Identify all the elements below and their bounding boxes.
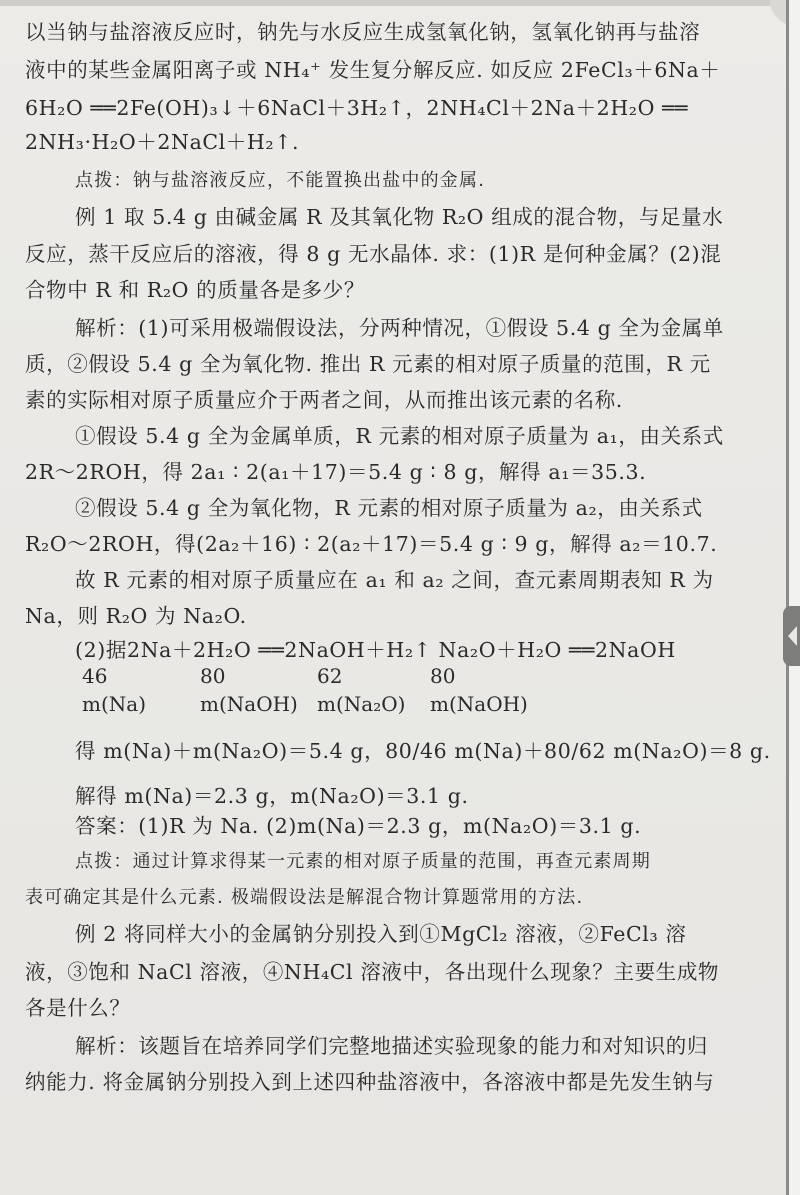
species-label: m(Na): [82, 690, 146, 718]
page-turn-tab[interactable]: [783, 606, 800, 666]
top-border: [0, 0, 786, 6]
page-margin: [789, 0, 800, 1195]
tip-line: 表可确定其是什么元素. 极端假设法是解混合物计算题常用的方法.: [25, 884, 775, 912]
text-line: 各是什么？: [25, 994, 775, 1022]
tip-line: 点拨：钠与盐溶液反应，不能置换出盐中的金属.: [75, 167, 800, 195]
tip-line: 点拨：通过计算求得某一元素的相对原子质量的范围，再查元素周期: [75, 848, 800, 876]
molar-mass: 80: [430, 662, 455, 690]
analysis-line: 解析：该题旨在培养同学们完整地描述实验现象的能力和对知识的归: [75, 1032, 800, 1060]
text-line: 液，③饱和 NaCl 溶液，④NH₄Cl 溶液中，各出现什么现象？主要生成物: [25, 958, 775, 986]
text-line: 得 m(Na)＋m(Na₂O)＝5.4 g，80/46 m(Na)＋80/62 …: [75, 737, 800, 765]
text-line: R₂O～2ROH，得(2a₂＋16) ∶ 2(a₂＋17)＝5.4 g ∶ 9 …: [25, 530, 775, 558]
text-line: 2NH₃·H₂O＋2NaCl＋H₂↑.: [25, 128, 775, 156]
molar-mass: 62: [317, 662, 342, 690]
equation-line: (2)据2Na＋2H₂O ══2NaOH＋H₂↑ Na₂O＋H₂O ══2NaO…: [75, 636, 800, 664]
answer-line: 答案：(1)R 为 Na. (2)m(Na)＝2.3 g，m(Na₂O)＝3.1…: [75, 812, 800, 840]
text-line: 解得 m(Na)＝2.3 g，m(Na₂O)＝3.1 g.: [75, 782, 800, 810]
text-line: 合物中 R 和 R₂O 的质量各是多少？: [25, 276, 775, 304]
species-label: m(NaOH): [430, 690, 528, 718]
text-line: 以当钠与盐溶液反应时，钠先与水反应生成氢氧化钠，氢氧化钠再与盐溶: [25, 18, 775, 46]
text-line: 6H₂O ══2Fe(OH)₃↓＋6NaCl＋3H₂↑，2NH₄Cl＋2Na＋2…: [25, 94, 775, 122]
text-line: 反应，蒸干反应后的溶液，得 8 g 无水晶体. 求：(1)R 是何种金属？(2)…: [25, 240, 775, 268]
text-line: Na，则 R₂O 为 Na₂O.: [25, 602, 775, 630]
species-label: m(NaOH): [200, 690, 298, 718]
text-line: ①假设 5.4 g 全为金属单质，R 元素的相对原子质量为 a₁，由关系式: [75, 422, 800, 450]
document-page: 以当钠与盐溶液反应时，钠先与水反应生成氢氧化钠，氢氧化钠再与盐溶 液中的某些金属…: [0, 0, 786, 1195]
analysis-line: 解析：(1)可采用极端假设法，分两种情况，①假设 5.4 g 全为金属单: [75, 314, 800, 342]
text-line: 液中的某些金属阳离子或 NH₄⁺ 发生复分解反应. 如反应 2FeCl₃＋6Na…: [25, 56, 775, 84]
molar-mass: 46: [82, 662, 107, 690]
text-line: ②假设 5.4 g 全为氧化物，R 元素的相对原子质量为 a₂，由关系式: [75, 494, 800, 522]
species-label: m(Na₂O): [317, 690, 405, 718]
text-line: 质，②假设 5.4 g 全为氧化物. 推出 R 元素的相对原子质量的范围，R 元: [25, 350, 775, 378]
text-line: 故 R 元素的相对原子质量应在 a₁ 和 a₂ 之间，查元素周期表知 R 为: [75, 566, 800, 594]
molar-mass: 80: [200, 662, 225, 690]
text-line: 2R～2ROH，得 2a₁ ∶ 2(a₁＋17)＝5.4 g ∶ 8 g，解得 …: [25, 458, 775, 486]
example-2-heading: 例 2 将同样大小的金属钠分别投入到①MgCl₂ 溶液，②FeCl₃ 溶: [75, 920, 800, 948]
text-line: 素的实际相对原子质量应介于两者之间，从而推出该元素的名称.: [25, 386, 775, 414]
text-line: 纳能力. 将金属钠分别投入到上述四种盐溶液中，各溶液中都是先发生钠与: [25, 1068, 775, 1096]
example-1-heading: 例 1 取 5.4 g 由碱金属 R 及其氧化物 R₂O 组成的混合物，与足量水: [75, 203, 800, 231]
